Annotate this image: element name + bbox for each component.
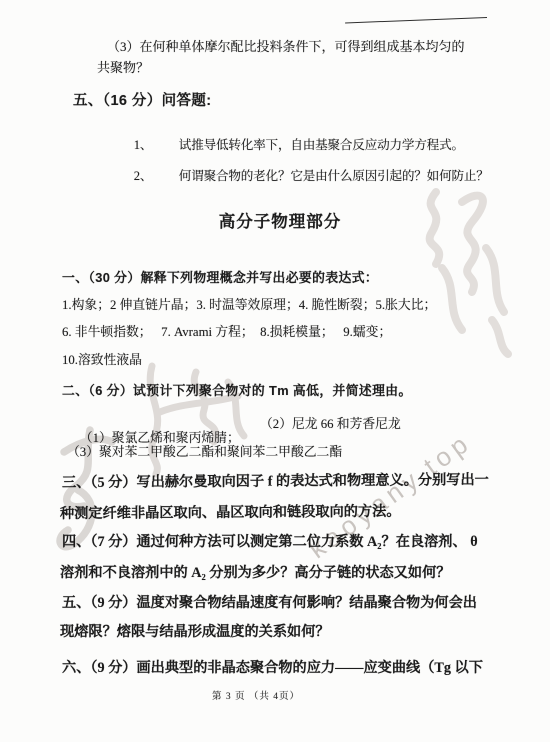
question-heading: 四、（7 分）通过何种方法可以测定第二位力系数 A₂？在良溶剂、 θ bbox=[62, 533, 478, 552]
question-line: 6. 非牛顿指数； 7. Avrami 方程； 8.损耗模量； 9.蠕变； bbox=[62, 324, 391, 341]
pair-right: （2）尼龙 66 和芳香尼龙 bbox=[260, 416, 401, 433]
page-number-footer: 第 3 页 （共 4页） bbox=[0, 691, 512, 704]
scanned-exam-page: （3）在何种单体摩尔配比投料条件下，可得到组成基本均匀的 共聚物？ 五、（16 … bbox=[0, 0, 550, 742]
item-number: 2、 bbox=[134, 168, 179, 185]
page-title: 高分子物理部分 bbox=[0, 211, 550, 233]
question-heading: 一、（30 分）解释下列物理概念并写出必要的表达式： bbox=[62, 269, 378, 286]
top-right-scan-line bbox=[345, 17, 487, 23]
question-heading: 六、（9 分）画出典型的非晶态聚合物的应力——应变曲线（Tg 以下 bbox=[62, 659, 483, 678]
question-line: （3）聚对苯二甲酸乙二酯和聚间苯二甲酸乙二酯 bbox=[67, 444, 342, 461]
item-text: 何谓聚合物的老化？它是由什么原因引起的？如何防止？ bbox=[179, 169, 489, 183]
question-line: 1.构象；2 伸直链片晶；3. 时温等效原理；4. 脆性断裂；5.胀大比； bbox=[62, 297, 436, 314]
sub-question-line: 2、何谓聚合物的老化？它是由什么原因引起的？如何防止？ bbox=[122, 151, 489, 202]
question-heading: 二、（6 分）试预计下列聚合物对的 Tm 高低，并简述理由。 bbox=[62, 382, 412, 399]
question-line: 10.溶致性液晶 bbox=[62, 352, 142, 369]
question-line: （3）在何种单体摩尔配比投料条件下，可得到组成基本均匀的 bbox=[107, 38, 465, 56]
question-heading: 三、（5 分）写出赫尔曼取向因子 f 的表达式和物理意义。分别写出一 bbox=[62, 471, 489, 493]
question-line: 溶剂和不良溶剂中的 A₂ 分别为多少？高分子链的状态又如何？ bbox=[60, 564, 450, 583]
question-line: 共聚物？ bbox=[97, 59, 149, 77]
section-question-heading: 五、（16 分）问答题: bbox=[73, 92, 212, 112]
question-line: 种测定纤维非晶区取向、晶区取向和链段取向的方法。 bbox=[60, 503, 401, 525]
item-text: 试推导低转化率下，自由基聚合反应动力学方程式。 bbox=[179, 138, 464, 152]
question-heading: 五、（9 分）温度对聚合物结晶速度有何影响？结晶聚合物为何会出 bbox=[62, 594, 477, 613]
question-line: 现熔限？熔限与结晶形成温度的关系如何？ bbox=[60, 623, 330, 642]
